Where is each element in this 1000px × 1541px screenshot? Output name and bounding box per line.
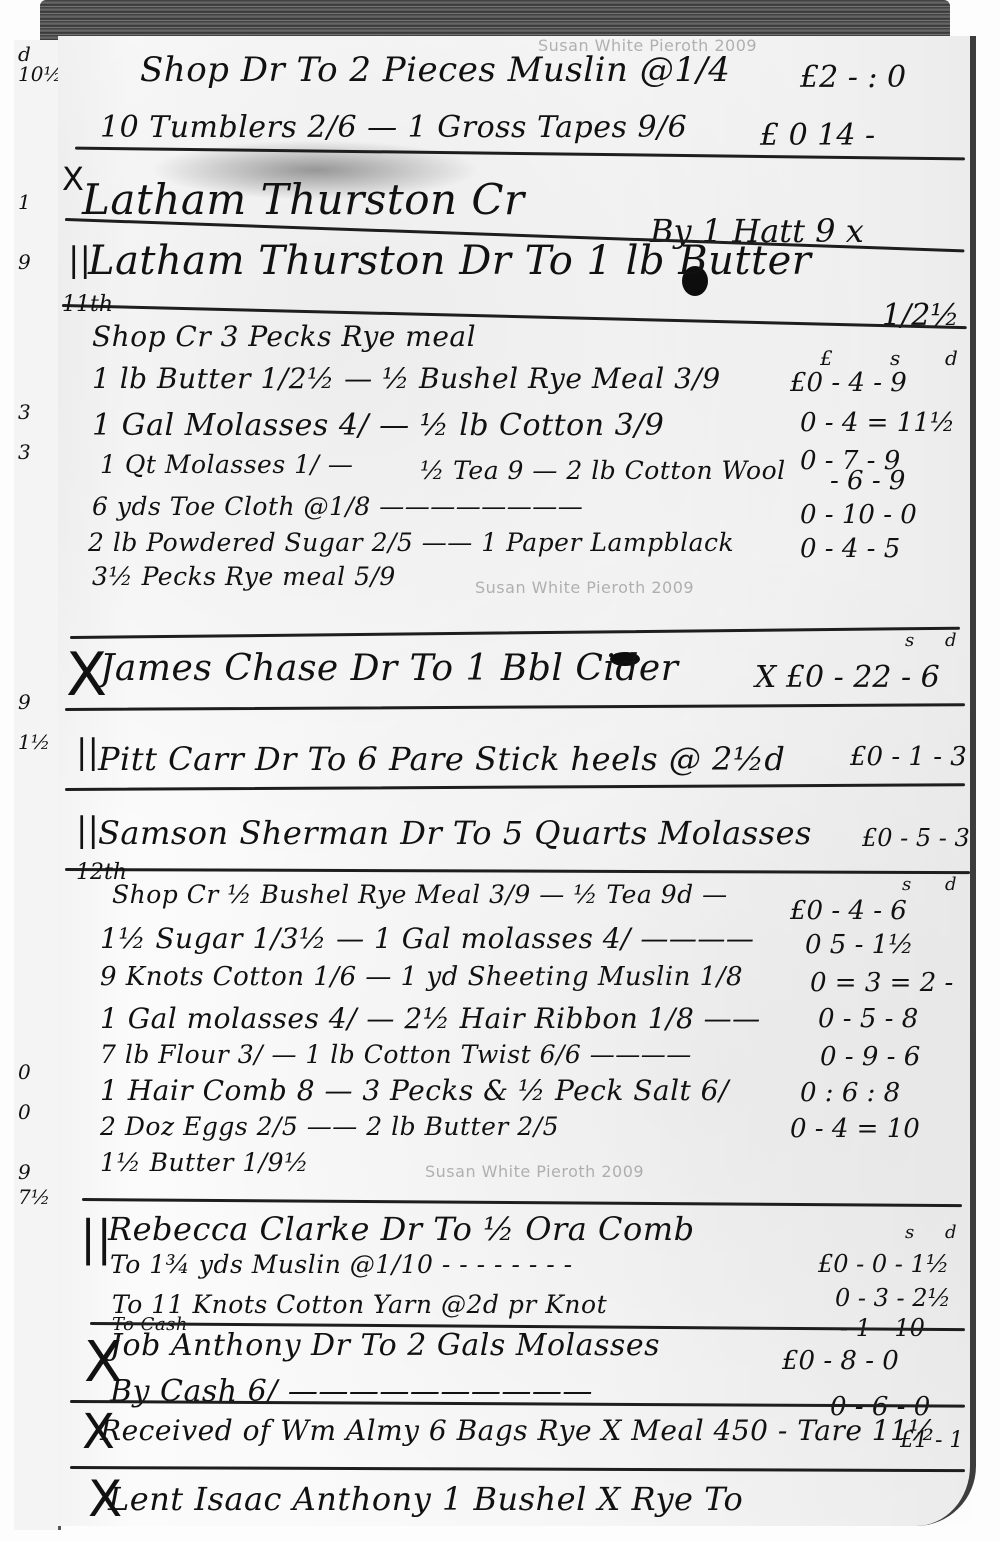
entry-line: 10 Tumblers 2/6 — 1 Gross Tapes 9/6 bbox=[100, 110, 687, 145]
entry-line: Latham Thurston Dr To 1 lb Butter bbox=[88, 238, 811, 284]
entry-amount: £2 - : 0 bbox=[800, 60, 906, 95]
entry-line: 1 Gal molasses 4/ — 2½ Hair Ribbon 1/8 —… bbox=[100, 1002, 761, 1035]
entry-amount: £0 - 1 - 3 bbox=[850, 742, 967, 772]
prev-page-mark: 9 bbox=[18, 250, 31, 274]
entry-amount: £0 - 4 - 9 bbox=[790, 368, 907, 398]
amount-header-pounds: £ bbox=[820, 346, 833, 370]
entry-amount: 0 : 6 : 8 bbox=[800, 1078, 900, 1108]
entry-amount: 0 - 5 - 8 bbox=[818, 1004, 918, 1034]
entry-line: To 1¾ yds Muslin @1/10 - - - - - - - - bbox=[110, 1250, 573, 1279]
entry-amount: £0 - 4 - 6 bbox=[790, 896, 907, 926]
entry-line: 2 Doz Eggs 2/5 —— 2 lb Butter 2/5 bbox=[100, 1112, 559, 1141]
entry-line: Shop Cr ½ Bushel Rye Meal 3/9 — ½ Tea 9d… bbox=[112, 880, 728, 909]
entry-line: Job Anthony Dr To 2 Gals Molasses bbox=[110, 1328, 660, 1363]
cross-mark-icon: X bbox=[62, 160, 84, 198]
entry-amount: 0 - 4 = 11½ bbox=[800, 408, 955, 438]
amount-header-shillings: s bbox=[905, 630, 914, 651]
prev-page-mark: 9 bbox=[18, 690, 31, 714]
entry-amount: 0 = 3 = 2 - bbox=[810, 968, 953, 998]
double-bar-mark: || bbox=[76, 732, 99, 772]
entry-amount: £1 - 1 bbox=[900, 1428, 963, 1453]
entry-amount: 0 - 4 - 5 bbox=[800, 534, 900, 564]
watermark: Susan White Pieroth 2009 bbox=[425, 1162, 644, 1181]
watermark: Susan White Pieroth 2009 bbox=[475, 578, 694, 597]
entry-line: Lent Isaac Anthony 1 Bushel X Rye To bbox=[108, 1480, 743, 1518]
entry-line: ½ Tea 9 — 2 lb Cotton Wool bbox=[420, 456, 786, 485]
entry-line: Shop Cr 3 Pecks Rye meal bbox=[92, 320, 476, 353]
entry-line: Shop Dr To 2 Pieces Muslin @1/4 bbox=[140, 50, 730, 90]
amount-header-pence: d bbox=[945, 630, 957, 651]
amount-header-pence: d bbox=[945, 874, 957, 895]
entry-line: 2 lb Powdered Sugar 2/5 —— 1 Paper Lampb… bbox=[88, 528, 734, 557]
entry-line: 1 Hair Comb 8 — 3 Pecks & ½ Peck Salt 6/ bbox=[100, 1074, 729, 1107]
prev-page-mark: 7½ bbox=[18, 1185, 50, 1209]
entry-line: 7 lb Flour 3/ — 1 lb Cotton Twist 6/6 ——… bbox=[100, 1040, 692, 1069]
entry-line: Received of Wm Almy 6 Bags Rye X Meal 45… bbox=[100, 1414, 936, 1447]
prev-page-mark: 1 bbox=[18, 190, 31, 214]
entry-amount: £0 - 0 - 1½ bbox=[818, 1250, 949, 1278]
prev-page-mark: 9 bbox=[18, 1160, 31, 1184]
prev-page-mark: 0 bbox=[18, 1060, 31, 1084]
entry-line: 1 Gal Molasses 4/ — ½ lb Cotton 3/9 bbox=[92, 408, 664, 443]
entry-line: 1½ Sugar 1/3½ — 1 Gal molasses 4/ ———— bbox=[100, 922, 754, 955]
entry-amount: £0 - 8 - 0 bbox=[782, 1346, 899, 1376]
prev-page-mark: 1½ bbox=[18, 730, 50, 754]
entry-amount: 0 5 - 1½ bbox=[805, 930, 913, 960]
prev-page-mark: 10½ bbox=[18, 62, 63, 86]
entry-amount: 0 - 10 - 0 bbox=[800, 500, 917, 530]
amount-header-shillings: s bbox=[905, 1222, 914, 1243]
entry-amount: - 6 - 9 bbox=[830, 466, 905, 496]
entry-amount: 0 - 9 - 6 bbox=[820, 1042, 920, 1072]
entry-amount: 0 - 3 - 2½ bbox=[835, 1284, 951, 1312]
entry-line: 1 lb Butter 1/2½ — ½ Bushel Rye Meal 3/9 bbox=[92, 362, 721, 395]
entry-date: 11th bbox=[62, 292, 113, 317]
amount-header-shillings: s bbox=[902, 874, 911, 895]
entry-amount: X £0 - 22 - 6 bbox=[755, 660, 940, 695]
entry-line: 9 Knots Cotton 1/6 — 1 yd Sheeting Musli… bbox=[100, 962, 743, 992]
amount-header-pence: d bbox=[945, 346, 958, 370]
entry-line: 6 yds Toe Cloth @1/8 ———————— bbox=[92, 492, 583, 521]
entry-line: Latham Thurston Cr bbox=[82, 175, 525, 224]
scanned-ledger-image: d 10½ 1 9 3 3 9 1½ 0 0 9 7½ Susan White … bbox=[0, 0, 1000, 1541]
entry-line: Samson Sherman Dr To 5 Quarts Molasses bbox=[98, 814, 812, 852]
entry-line: Rebecca Clarke Dr To ½ Ora Comb bbox=[108, 1210, 695, 1248]
prev-page-mark: 3 bbox=[18, 400, 31, 424]
amount-header-pence: d bbox=[945, 1222, 957, 1243]
entry-line: 3½ Pecks Rye meal 5/9 bbox=[92, 562, 396, 591]
entry-line: 1½ Butter 1/9½ bbox=[100, 1148, 309, 1177]
prev-page-mark: 3 bbox=[18, 440, 31, 464]
prev-page-mark: 0 bbox=[18, 1100, 31, 1124]
entry-amount: £0 - 5 - 3 bbox=[862, 824, 970, 852]
double-bar-mark: || bbox=[76, 810, 99, 850]
entry-amount: 0 - 4 = 10 bbox=[790, 1114, 920, 1144]
entry-amount: £ 0 14 - bbox=[760, 118, 875, 153]
amount-header-shillings: s bbox=[890, 346, 900, 370]
entry-line: James Chase Dr To 1 Bbl Cider bbox=[100, 648, 678, 689]
entry-line: 1 Qt Molasses 1/ — bbox=[100, 450, 353, 479]
entry-line: Pitt Carr Dr To 6 Pare Stick heels @ 2½d bbox=[98, 740, 785, 778]
